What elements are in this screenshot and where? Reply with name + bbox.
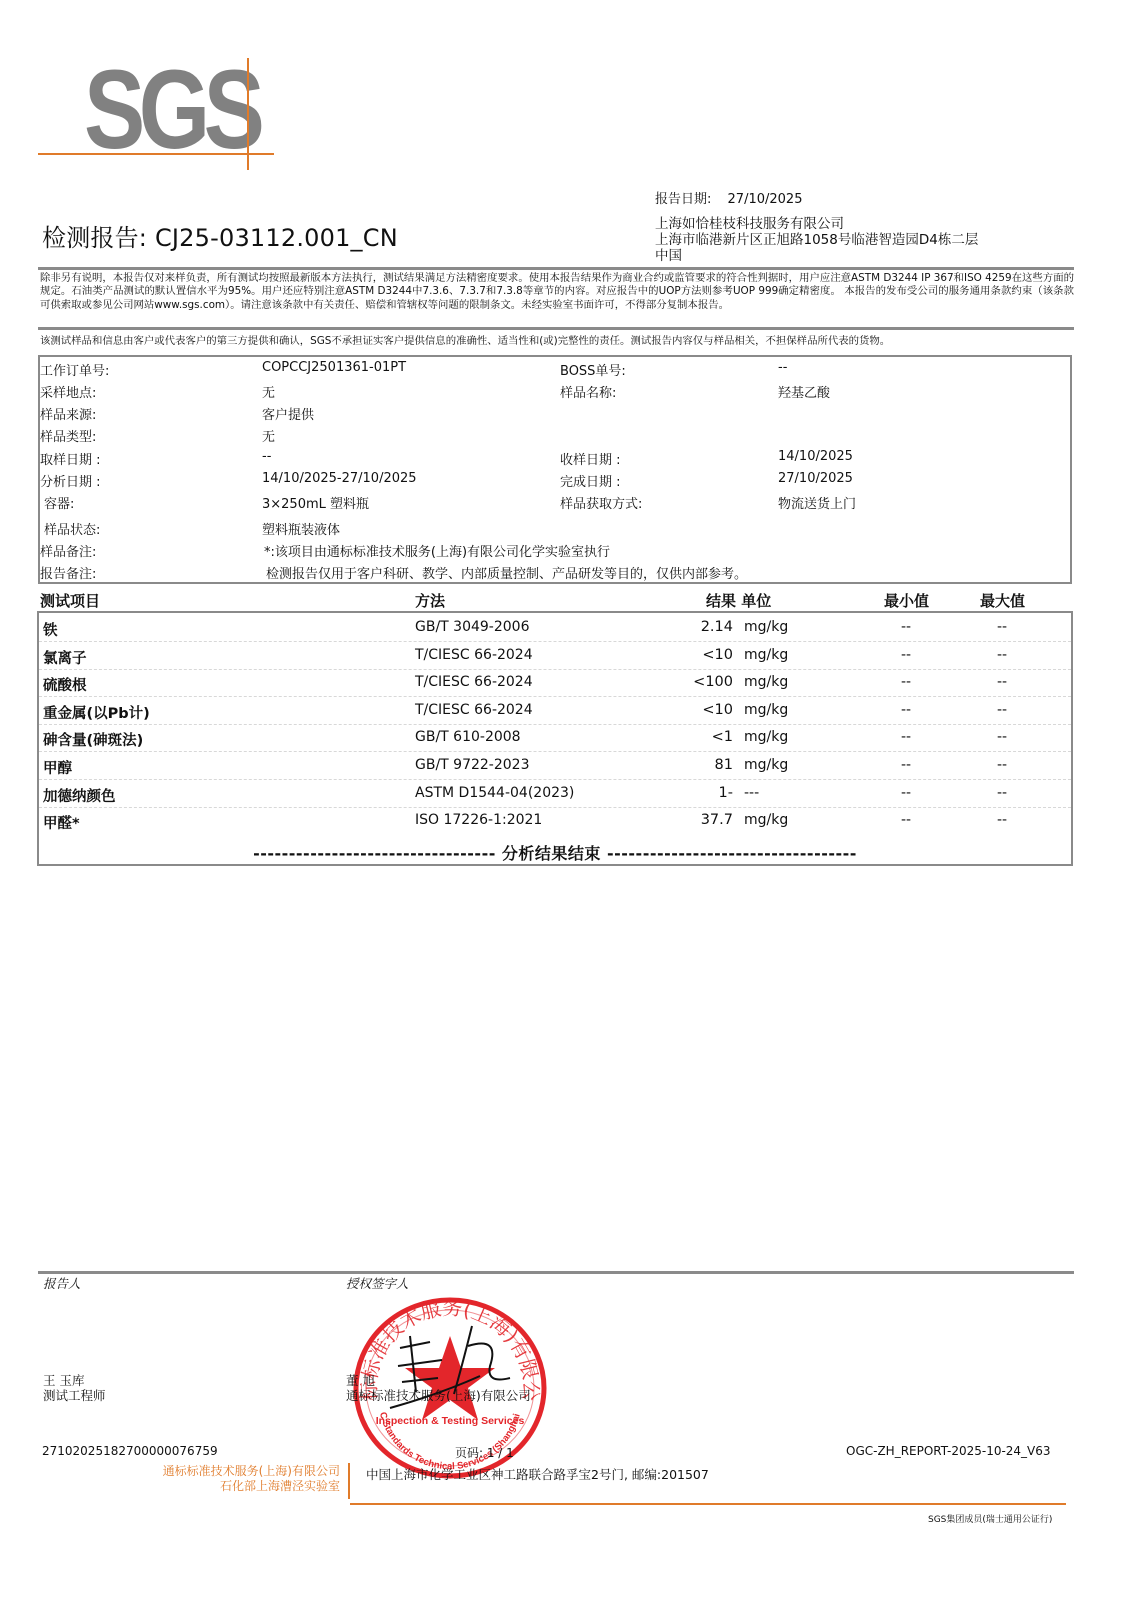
min-value: -- [901,812,911,828]
work-order-label: 工作订单号: [40,360,109,379]
sampling-site-value: 无 [262,382,275,401]
min-value: -- [901,757,911,773]
test-item: 甲醇 [43,757,72,778]
reporter-name: 王 玉库 [43,1373,106,1388]
logo-horizontal-line [38,153,274,155]
analysis-date-label: 分析日期 : [40,471,101,490]
unit: mg/kg [744,702,788,718]
header-result-unit: 结果 单位 [706,590,771,611]
method: GB/T 9722-2023 [415,757,529,773]
max-value: -- [997,674,1007,690]
disclaimer-text-2: 该测试样品和信息由客户或代表客户的第三方提供和确认，SGS不承担证实客户提供信息… [40,335,1074,348]
sample-type-value: 无 [262,426,275,445]
container-value: 3×250mL 塑料瓶 [262,493,369,512]
test-item: 氯离子 [43,647,87,668]
sampling-date-label: 取样日期 : [40,449,101,468]
boss-label: BOSS单号: [560,360,626,379]
signatory-label: 授权签字人 [346,1274,409,1292]
result: 1- [719,785,733,801]
table-row: 甲醛*ISO 17226-1:202137.7mg/kg---- [39,807,1071,835]
reporter-title: 测试工程师 [43,1388,106,1403]
sample-source-value: 客户提供 [262,404,314,423]
unit: mg/kg [744,647,788,663]
report-remark-label: 报告备注: [40,563,96,582]
results-table: 铁GB/T 3049-20062.14mg/kg----氯离子T/CIESC 6… [37,611,1073,866]
result: 81 [715,757,733,773]
lab-name: 通标标准技术服务(上海)有限公司 石化部上海漕泾实验室 [100,1464,340,1494]
max-value: -- [997,812,1007,828]
footer-divider [348,1463,350,1499]
unit: mg/kg [744,619,788,635]
report-remark-value: 检测报告仅用于客户科研、教学、内部质量控制、产品研发等目的，仅供内部参考。 [266,563,747,582]
boss-value: -- [778,360,787,375]
result: <10 [702,702,733,718]
unit: --- [744,785,759,801]
test-item: 重金属(以Pb计) [43,702,150,723]
client-address: 上海市临港新片区正旭路1058号临港智造园D4栋二层 [655,232,978,248]
signatory-name: 董 旭 [346,1373,531,1388]
client-name: 上海如恰桂枝科技服务有限公司 [655,216,978,232]
method: T/CIESC 66-2024 [415,647,533,663]
lab-name-line1: 通标标准技术服务(上海)有限公司 [100,1464,340,1479]
sample-name-value: 羟基乙酸 [778,382,830,401]
reporter-block: 王 玉库 测试工程师 [43,1373,106,1403]
completion-date-label: 完成日期 : [560,471,621,490]
report-number: CJ25-03112.001_CN [155,224,398,252]
completion-date-value: 27/10/2025 [778,471,853,486]
table-row: 铁GB/T 3049-20062.14mg/kg---- [39,614,1071,642]
logo-text: SGS [84,60,258,160]
acquisition-label: 样品获取方式: [560,493,642,512]
report-date: 报告日期: 27/10/2025 [655,188,802,207]
page-number: 页码: 1 / 1 [455,1444,514,1461]
disclaimer-text: 除非另有说明，本报告仅对来样负责，所有测试均按照最新版本方法执行，测试结果满足方… [40,272,1074,312]
sample-state-label: 样品状态: [44,519,100,538]
max-value: -- [997,619,1007,635]
receipt-date-label: 收样日期 : [560,449,621,468]
test-item: 甲醛* [43,812,80,833]
sample-name-label: 样品名称: [560,382,616,401]
test-item: 硫酸根 [43,674,87,695]
result: <100 [693,674,733,690]
method: ISO 17226-1:2021 [415,812,542,828]
table-row: 加德纳颜色ASTM D1544-04(2023)1-------- [39,780,1071,808]
table-row: 硫酸根T/CIESC 66-2024<100mg/kg---- [39,669,1071,697]
table-row: 重金属(以Pb计)T/CIESC 66-2024<10mg/kg---- [39,697,1071,725]
client-block: 上海如恰桂枝科技服务有限公司 上海市临港新片区正旭路1058号临港智造园D4栋二… [655,216,978,264]
analysis-date-value: 14/10/2025-27/10/2025 [262,471,417,486]
reporter-label: 报告人 [43,1274,81,1292]
template-code: OGC-ZH_REPORT-2025-10-24_V63 [846,1444,1051,1458]
max-value: -- [997,647,1007,663]
sample-remark-value: *:该项目由通标标准技术服务(上海)有限公司化学实验室执行 [264,541,610,560]
sample-type-label: 样品类型: [40,426,96,445]
result: <1 [712,729,733,745]
signature-divider [38,1271,1074,1274]
min-value: -- [901,619,911,635]
method: T/CIESC 66-2024 [415,674,533,690]
results-end-marker: ---------------------------------- 分析结果结… [39,841,1071,864]
unit: mg/kg [744,674,788,690]
report-title: 检测报告: CJ25-03112.001_CN [42,218,398,253]
unit: mg/kg [744,757,788,773]
table-row: 砷含量(砷斑法)GB/T 610-2008<1mg/kg---- [39,724,1071,752]
report-date-value: 27/10/2025 [728,192,803,207]
sample-source-label: 样品来源: [40,404,96,423]
lab-name-line2: 石化部上海漕泾实验室 [100,1479,340,1494]
method: T/CIESC 66-2024 [415,702,533,718]
method: GB/T 610-2008 [415,729,521,745]
table-row: 氯离子T/CIESC 66-2024<10mg/kg---- [39,642,1071,670]
test-item: 铁 [43,619,58,640]
test-item: 加德纳颜色 [43,785,116,806]
min-value: -- [901,785,911,801]
signatory-company: 通标标准技术服务(上海)有限公司 [346,1388,531,1403]
unit: mg/kg [744,729,788,745]
work-order-value: COPCCJ2501361-01PT [262,360,406,375]
header-method: 方法 [415,590,445,611]
divider [38,327,1074,330]
logo-vertical-line [247,58,249,170]
divider [38,267,1074,270]
document-id: 27102025182700000076759 [42,1444,218,1458]
max-value: -- [997,785,1007,801]
min-value: -- [901,674,911,690]
signatory-block: 董 旭 通标标准技术服务(上海)有限公司 [346,1373,531,1403]
result: 37.7 [701,812,733,828]
table-row: 甲醇GB/T 9722-202381mg/kg---- [39,752,1071,780]
max-value: -- [997,702,1007,718]
footer-line [350,1503,1066,1505]
sample-remark-label: 样品备注: [40,541,96,560]
unit: mg/kg [744,812,788,828]
lab-address: 中国上海市化学工业区神工路联合路孚宝2号门, 邮编:201507 [366,1465,709,1483]
sample-state-value: 塑料瓶装液体 [262,519,340,538]
max-value: -- [997,757,1007,773]
min-value: -- [901,702,911,718]
header-max: 最大值 [980,590,1025,611]
header-min: 最小值 [884,590,929,611]
result: 2.14 [701,619,733,635]
svg-text:Inspection & Testing Services: Inspection & Testing Services [376,1415,525,1427]
report-date-label: 报告日期: [655,192,711,207]
sampling-site-label: 采样地点: [40,382,96,401]
sampling-date-value: -- [262,449,271,464]
max-value: -- [997,729,1007,745]
report-title-label: 检测报告: [42,224,147,252]
method: ASTM D1544-04(2023) [415,785,574,801]
acquisition-value: 物流送货上门 [778,493,856,512]
method: GB/T 3049-2006 [415,619,529,635]
test-item: 砷含量(砷斑法) [43,729,143,750]
result: <10 [702,647,733,663]
member-note: SGS集团成员(瑞士通用公证行) [928,1512,1052,1525]
min-value: -- [901,647,911,663]
client-country: 中国 [655,248,978,264]
receipt-date-value: 14/10/2025 [778,449,853,464]
min-value: -- [901,729,911,745]
header-test-item: 测试项目 [40,590,100,611]
container-label: 容器: [44,493,74,512]
